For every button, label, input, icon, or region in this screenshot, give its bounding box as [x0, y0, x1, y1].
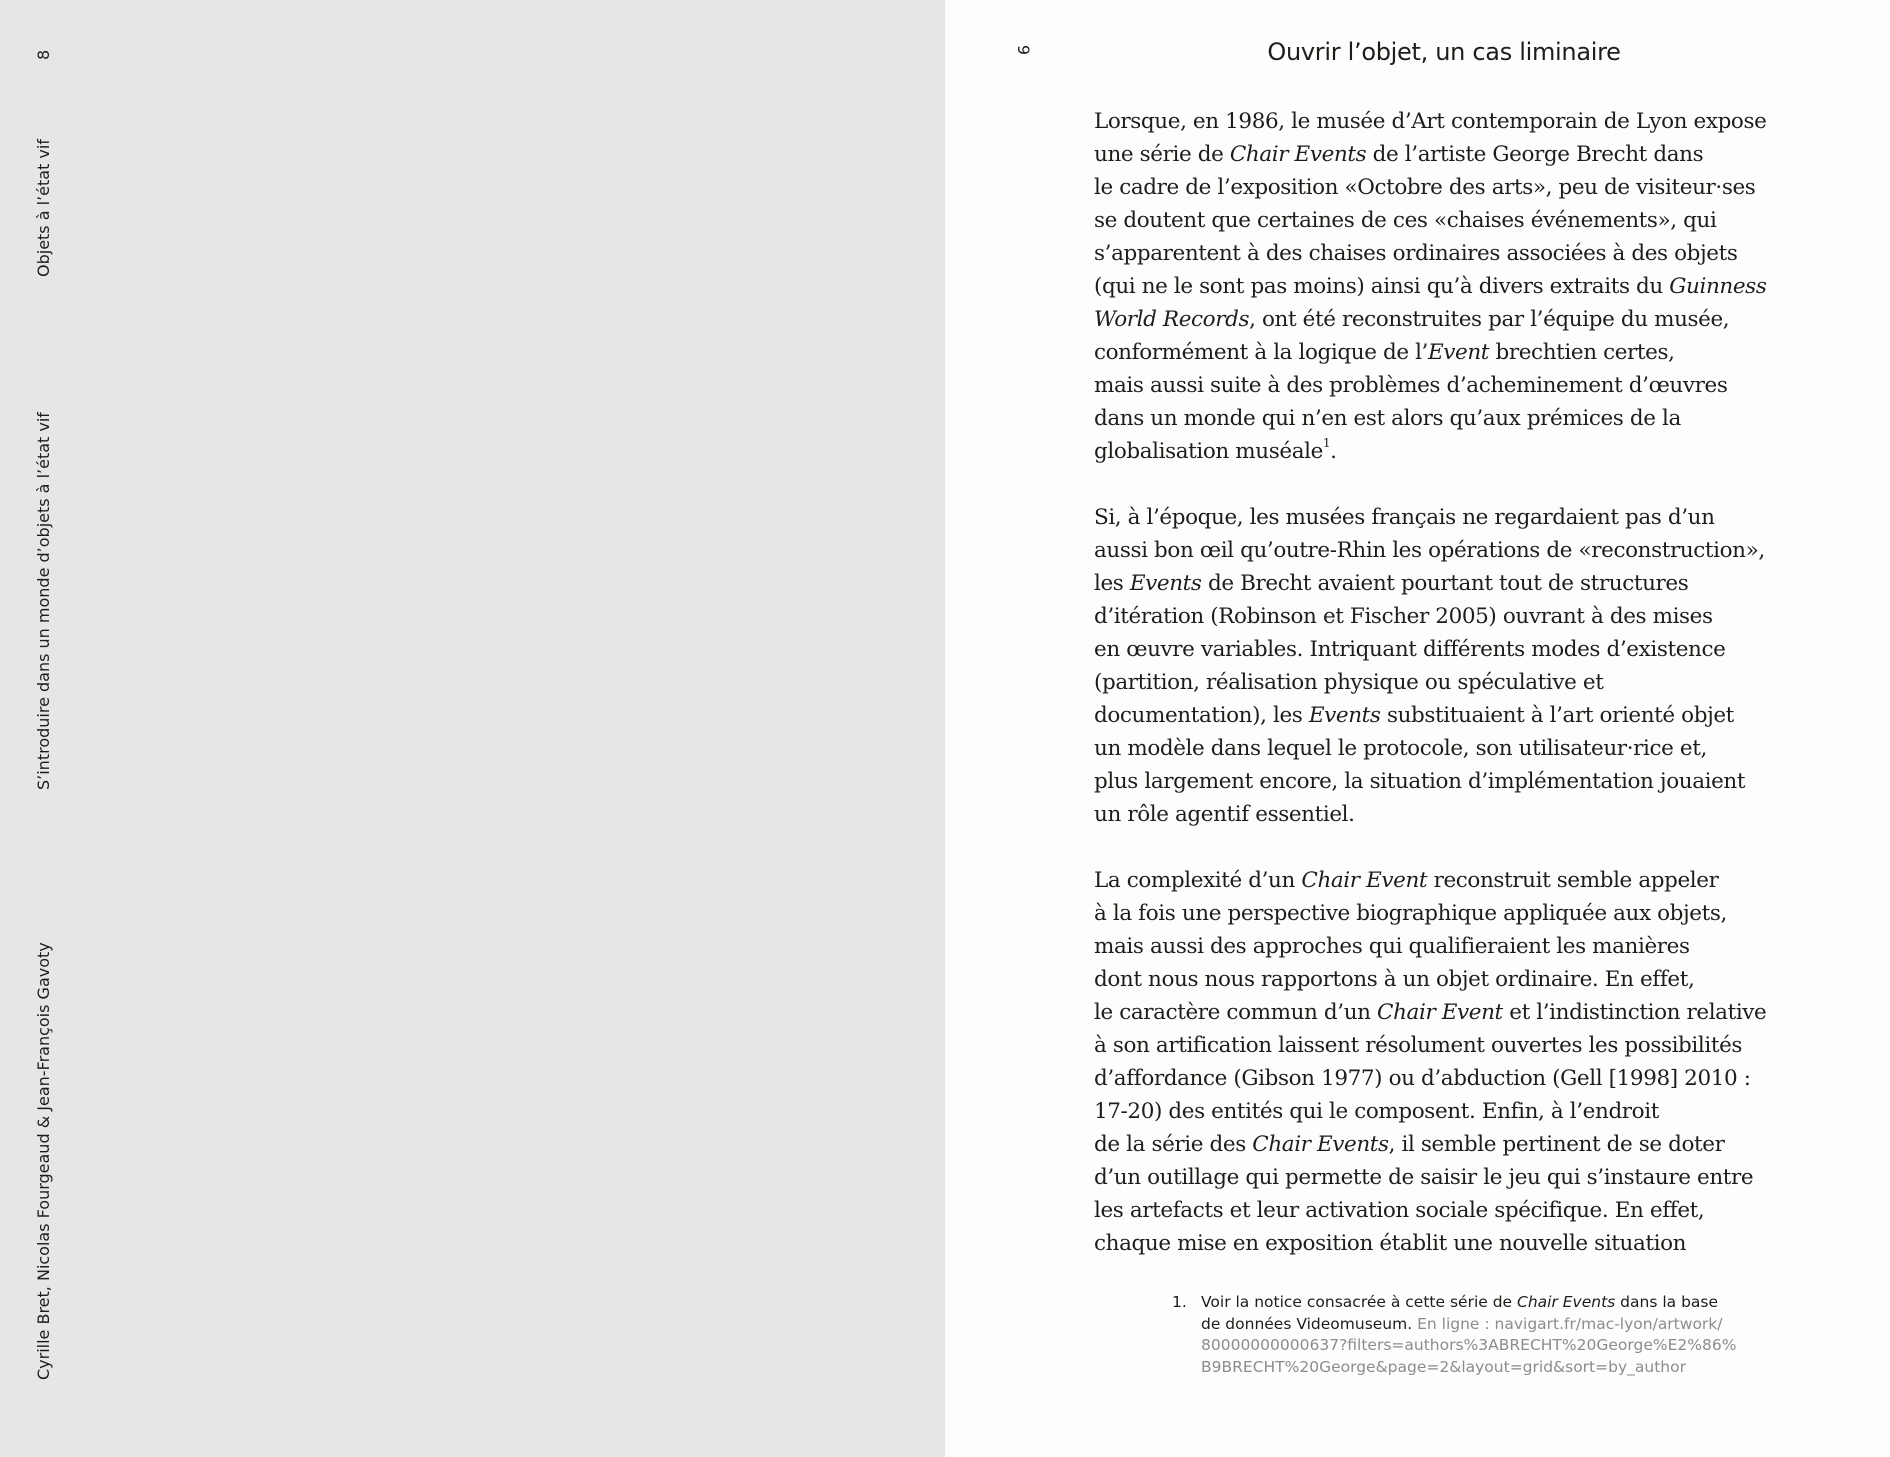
text-line: s’apparentent à des chaises ordinaires a… [1094, 237, 1824, 270]
text-line: mais aussi suite à des problèmes d’achem… [1094, 369, 1824, 402]
text-line: documentation), les Events substituaient… [1094, 699, 1824, 732]
text-line: un modèle dans lequel le protocole, son … [1094, 732, 1824, 765]
text-line: 17-20) des entités qui le composent. Enf… [1094, 1095, 1824, 1128]
text-line: conformément à la logique de l’Event bre… [1094, 336, 1824, 369]
text-line: Lorsque, en 1986, le musée d’Art contemp… [1094, 105, 1824, 138]
text-line: La complexité d’un Chair Event reconstru… [1094, 864, 1824, 897]
running-head-chapter-title: S’introduire dans un monde d’objets à l’… [34, 412, 54, 790]
italic-title: World Records [1094, 307, 1249, 332]
text-line: une série de Chair Events de l’artiste G… [1094, 138, 1824, 171]
page-number-left: 8 [34, 50, 54, 60]
text-line: aussi bon œil qu’outre-Rhin les opératio… [1094, 534, 1824, 567]
text-line: globalisation muséale1. [1094, 435, 1824, 468]
italic-title: Chair Events [1252, 1132, 1388, 1157]
text-line: en œuvre variables. Intriquant différent… [1094, 633, 1824, 666]
italic-title: Events [1309, 703, 1381, 728]
text-line: d’affordance (Gibson 1977) ou d’abductio… [1094, 1062, 1824, 1095]
text-line: les Events de Brecht avaient pourtant to… [1094, 567, 1824, 600]
footnote: 1.Voir la notice consacrée à cette série… [1172, 1292, 1792, 1378]
text-line: Si, à l’époque, les musées français ne r… [1094, 501, 1824, 534]
paragraph: La complexité d’un Chair Event reconstru… [1094, 864, 1824, 1260]
body-text: Lorsque, en 1986, le musée d’Art contemp… [1094, 105, 1824, 1293]
text-line: chaque mise en exposition établit une no… [1094, 1227, 1824, 1260]
text-line: le caractère commun d’un Chair Event et … [1094, 996, 1824, 1029]
text-line: (qui ne le sont pas moins) ainsi qu’à di… [1094, 270, 1824, 303]
url-link[interactable]: 80000000000637?filters=authors%3ABRECHT%… [1201, 1336, 1736, 1354]
italic-title: Chair Events [1230, 142, 1366, 167]
url-link[interactable]: En ligne : navigart.fr/mac-lyon/artwork/ [1417, 1315, 1722, 1333]
text-line: à la fois une perspective biographique a… [1094, 897, 1824, 930]
text-line: à son artification laissent résolument o… [1094, 1029, 1824, 1062]
italic-title: Event [1428, 340, 1489, 365]
footnote-number: 1. [1172, 1292, 1201, 1378]
text-line: de la série des Chair Events, il semble … [1094, 1128, 1824, 1161]
page-number-right: 9 [1013, 45, 1033, 55]
text-line: dans un monde qui n’en est alors qu’aux … [1094, 402, 1824, 435]
text-line: se doutent que certaines de ces «chaises… [1094, 204, 1824, 237]
footnote-line: B9BRECHT%20George&page=2&layout=grid&sor… [1201, 1357, 1736, 1379]
text-line: un rôle agentif essentiel. [1094, 798, 1824, 831]
paragraph: Lorsque, en 1986, le musée d’Art contemp… [1094, 105, 1824, 468]
text-line: World Records, ont été reconstruites par… [1094, 303, 1824, 336]
footnote-text: Voir la notice consacrée à cette série d… [1201, 1292, 1736, 1378]
url-link[interactable]: B9BRECHT%20George&page=2&layout=grid&sor… [1201, 1358, 1686, 1376]
footnote-line: Voir la notice consacrée à cette série d… [1201, 1292, 1736, 1314]
section-title: Ouvrir l’objet, un cas liminaire [1094, 38, 1794, 66]
text-line: dont nous nous rapportons à un objet ord… [1094, 963, 1824, 996]
text-line: mais aussi des approches qui qualifierai… [1094, 930, 1824, 963]
text-line: d’itération (Robinson et Fischer 2005) o… [1094, 600, 1824, 633]
running-head-book-title: Objets à l’état vif [34, 139, 54, 277]
paragraph: Si, à l’époque, les musées français ne r… [1094, 501, 1824, 831]
italic-title: Chair Events [1517, 1293, 1615, 1311]
footnote-line: de données Videomuseum. En ligne : navig… [1201, 1314, 1736, 1336]
text-line: le cadre de l’exposition «Octobre des ar… [1094, 171, 1824, 204]
italic-title: Chair Event [1301, 868, 1427, 893]
footnote-line: 80000000000637?filters=authors%3ABRECHT%… [1201, 1335, 1736, 1357]
text-line: plus largement encore, la situation d’im… [1094, 765, 1824, 798]
italic-title: Events [1130, 571, 1202, 596]
left-page-verso: 8 Objets à l’état vif S’introduire dans … [0, 0, 945, 1457]
italic-title: Chair Event [1377, 1000, 1503, 1025]
text-line: d’un outillage qui permette de saisir le… [1094, 1161, 1824, 1194]
footnote-reference[interactable]: 1 [1323, 436, 1330, 450]
text-line: (partition, réalisation physique ou spéc… [1094, 666, 1824, 699]
italic-title: Guinness [1669, 274, 1766, 299]
running-head-authors: Cyrille Bret, Nicolas Fourgeaud & Jean-F… [34, 942, 54, 1380]
text-line: les artefacts et leur activation sociale… [1094, 1194, 1824, 1227]
footnotes: 1.Voir la notice consacrée à cette série… [1172, 1292, 1792, 1378]
